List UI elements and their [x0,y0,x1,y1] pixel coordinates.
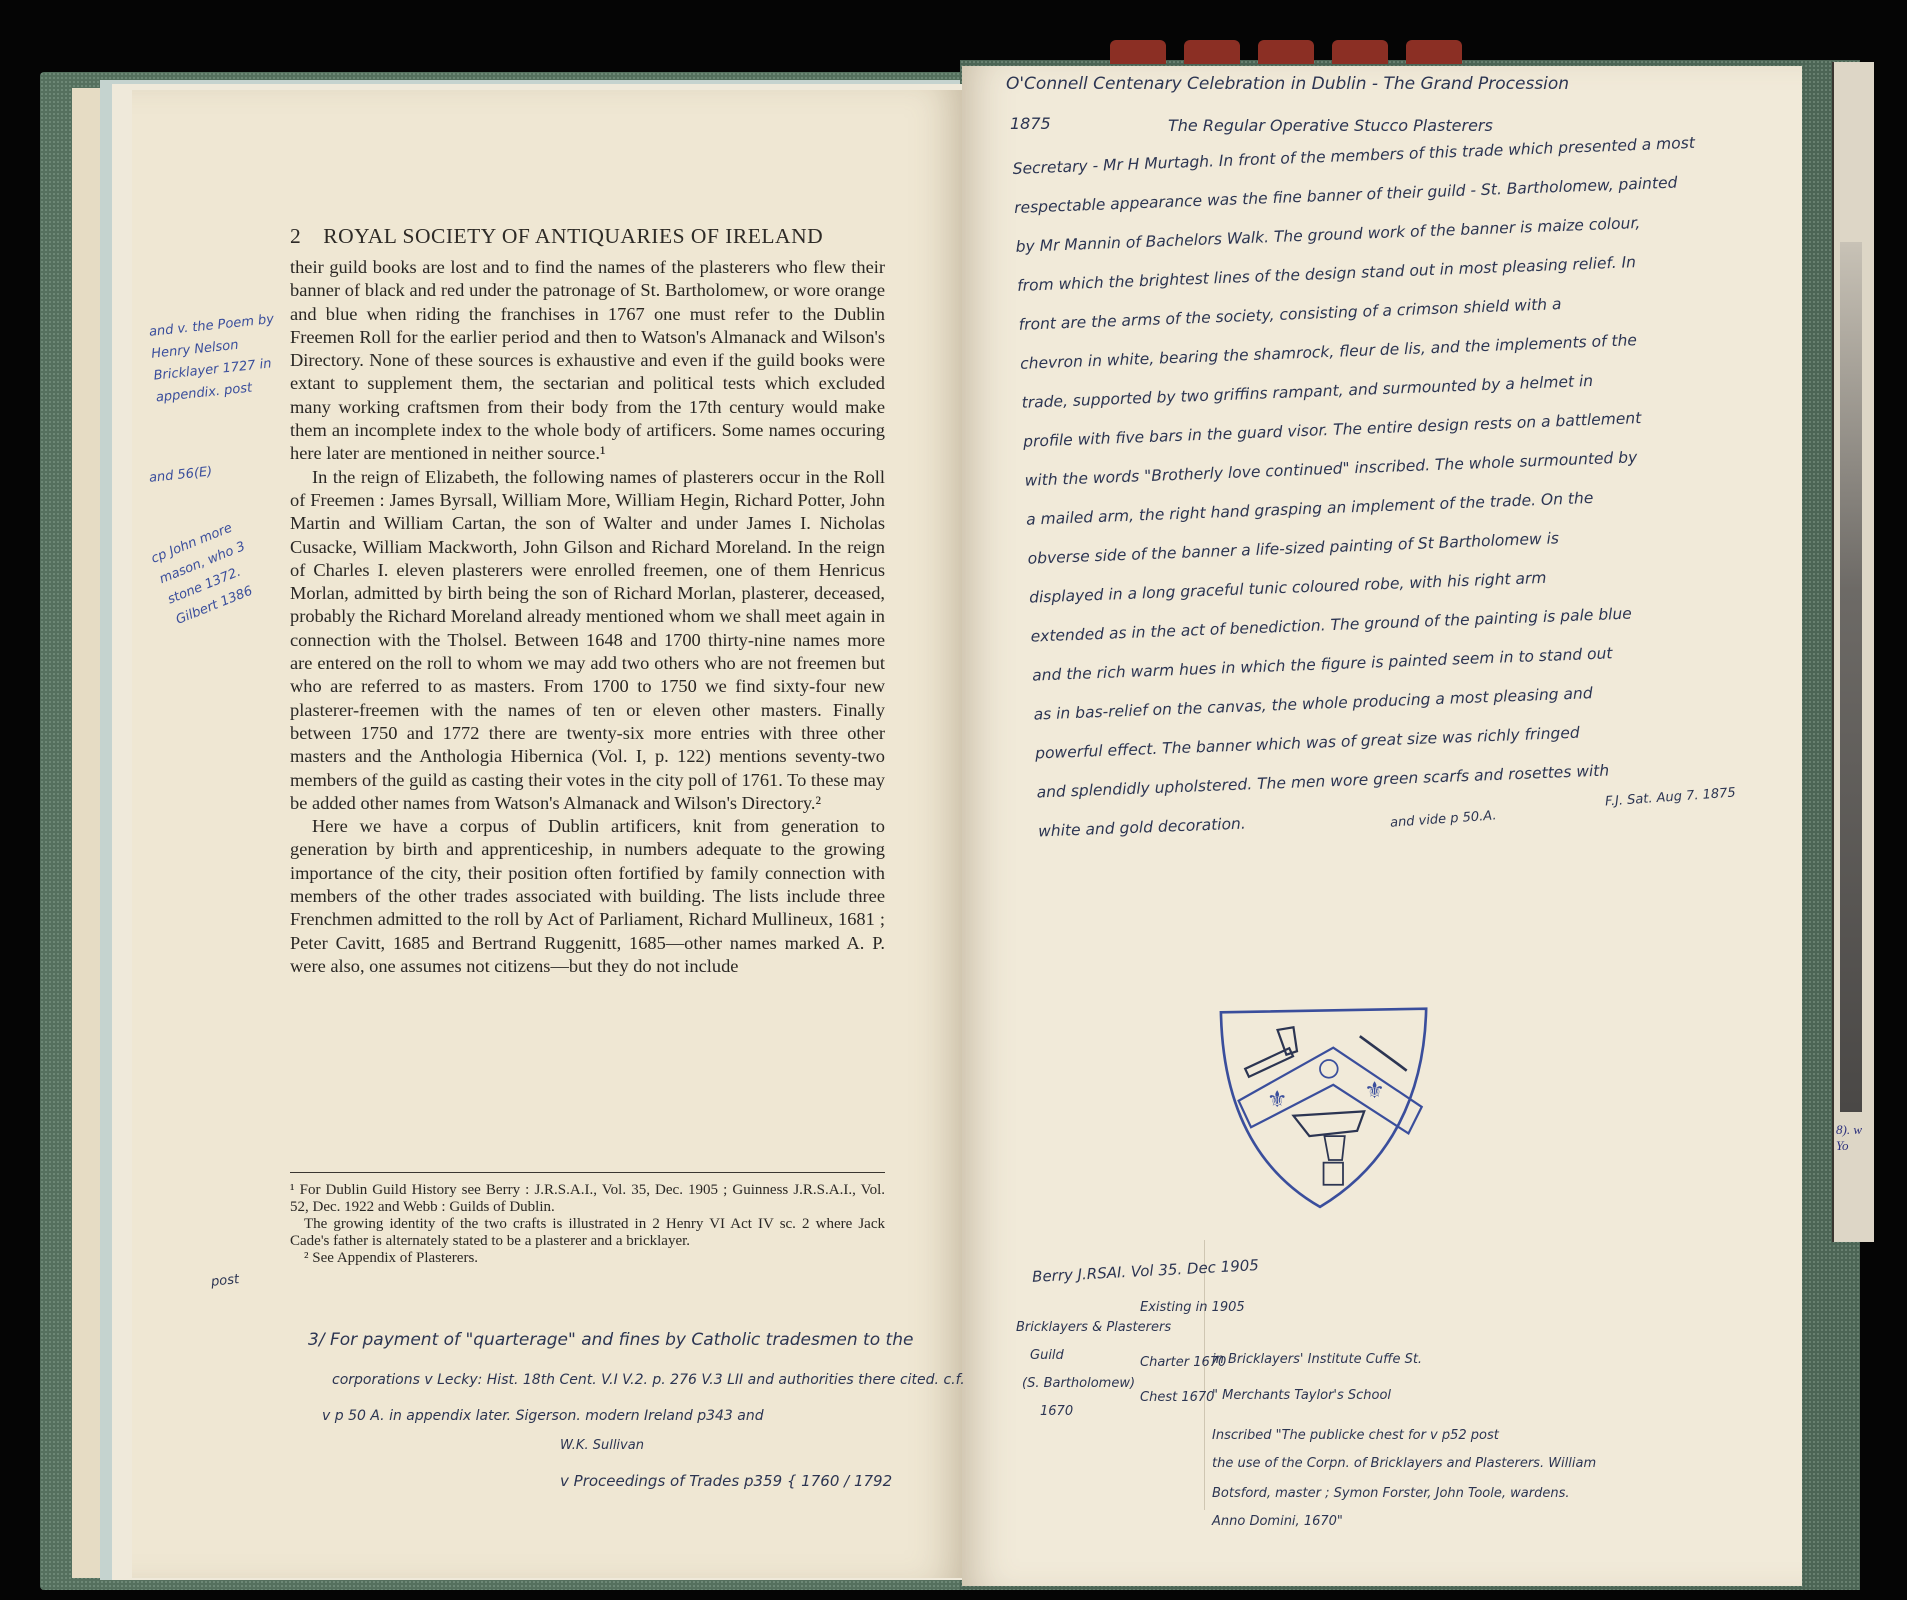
pencil-rule [1204,1240,1205,1510]
clipping-text: 8). w Yo [1836,1122,1874,1154]
page-number: 2 [290,224,301,248]
handwritten-line: v p 50 A. in appendix later. Sigerson. m… [322,1408,764,1424]
handwritten-line: corporations v Lecky: Hist. 18th Cent. V… [332,1372,965,1388]
printed-body: their guild books are lost and to find t… [290,256,885,978]
chest-note: Chest 1670 [1140,1390,1214,1405]
guild-line: Guild [1030,1348,1064,1363]
svg-text:⚜: ⚜ [1364,1078,1385,1103]
guild-line: Bricklayers & Plasterers [1016,1320,1171,1335]
paragraph: Here we have a corpus of Dublin artifice… [290,815,885,978]
right-note: Inscribed "The publicke chest for v p52 … [1212,1428,1499,1443]
handwritten-subtitle: The Regular Operative Stucco Plasterers [1168,116,1493,135]
footnote: The growing identity of the two crafts i… [290,1216,885,1250]
right-note: " Merchants Taylor's School [1212,1388,1391,1403]
guild-line: (S. Bartholomew) [1022,1376,1135,1391]
right-note: in Bricklayers' Institute Cuffe St. [1212,1352,1422,1367]
existing-note: Existing in 1905 [1140,1300,1245,1315]
red-index-tabs [1110,40,1730,64]
handwritten-year: 1875 [1010,114,1051,133]
footnotes: ¹ For Dublin Guild History see Berry : J… [290,1182,885,1267]
handwritten-title: O'Connell Centenary Celebration in Dubli… [1006,74,1569,94]
footnote: ¹ For Dublin Guild History see Berry : J… [290,1182,885,1216]
right-note: Botsford, master ; Symon Forster, John T… [1212,1486,1569,1501]
handwritten-body: Secretary - Mr H Murtagh. In front of th… [1012,120,1828,852]
guild-line: 1670 [1040,1404,1073,1419]
footnote: ² See Appendix of Plasterers. [290,1250,885,1267]
newspaper-clipping: 8). w Yo [1832,62,1874,1242]
running-head: 2ROYAL SOCIETY OF ANTIQUARIES OF IRELAND [290,224,823,249]
margin-note: post [210,1269,240,1294]
paragraph: their guild books are lost and to find t… [290,256,885,466]
right-note: Anno Domini, 1670" [1212,1514,1343,1529]
coat-of-arms-sketch-icon: ⚜ ⚜ [1205,985,1435,1220]
handwritten-line: W.K. Sullivan [560,1438,644,1453]
handwritten-line: v Proceedings of Trades p359 { 1760 / 17… [560,1472,892,1490]
right-note: the use of the Corpn. of Bricklayers and… [1212,1456,1596,1471]
footnote-rule [290,1172,885,1173]
journal-title: ROYAL SOCIETY OF ANTIQUARIES OF IRELAND [323,224,823,248]
margin-note: and v. the Poem by Henry Nelson Bricklay… [148,308,286,409]
handwritten-line: 3/ For payment of "quarterage" and fines… [308,1330,913,1350]
svg-text:⚜: ⚜ [1267,1087,1288,1112]
paragraph: In the reign of Elizabeth, the following… [290,466,885,815]
